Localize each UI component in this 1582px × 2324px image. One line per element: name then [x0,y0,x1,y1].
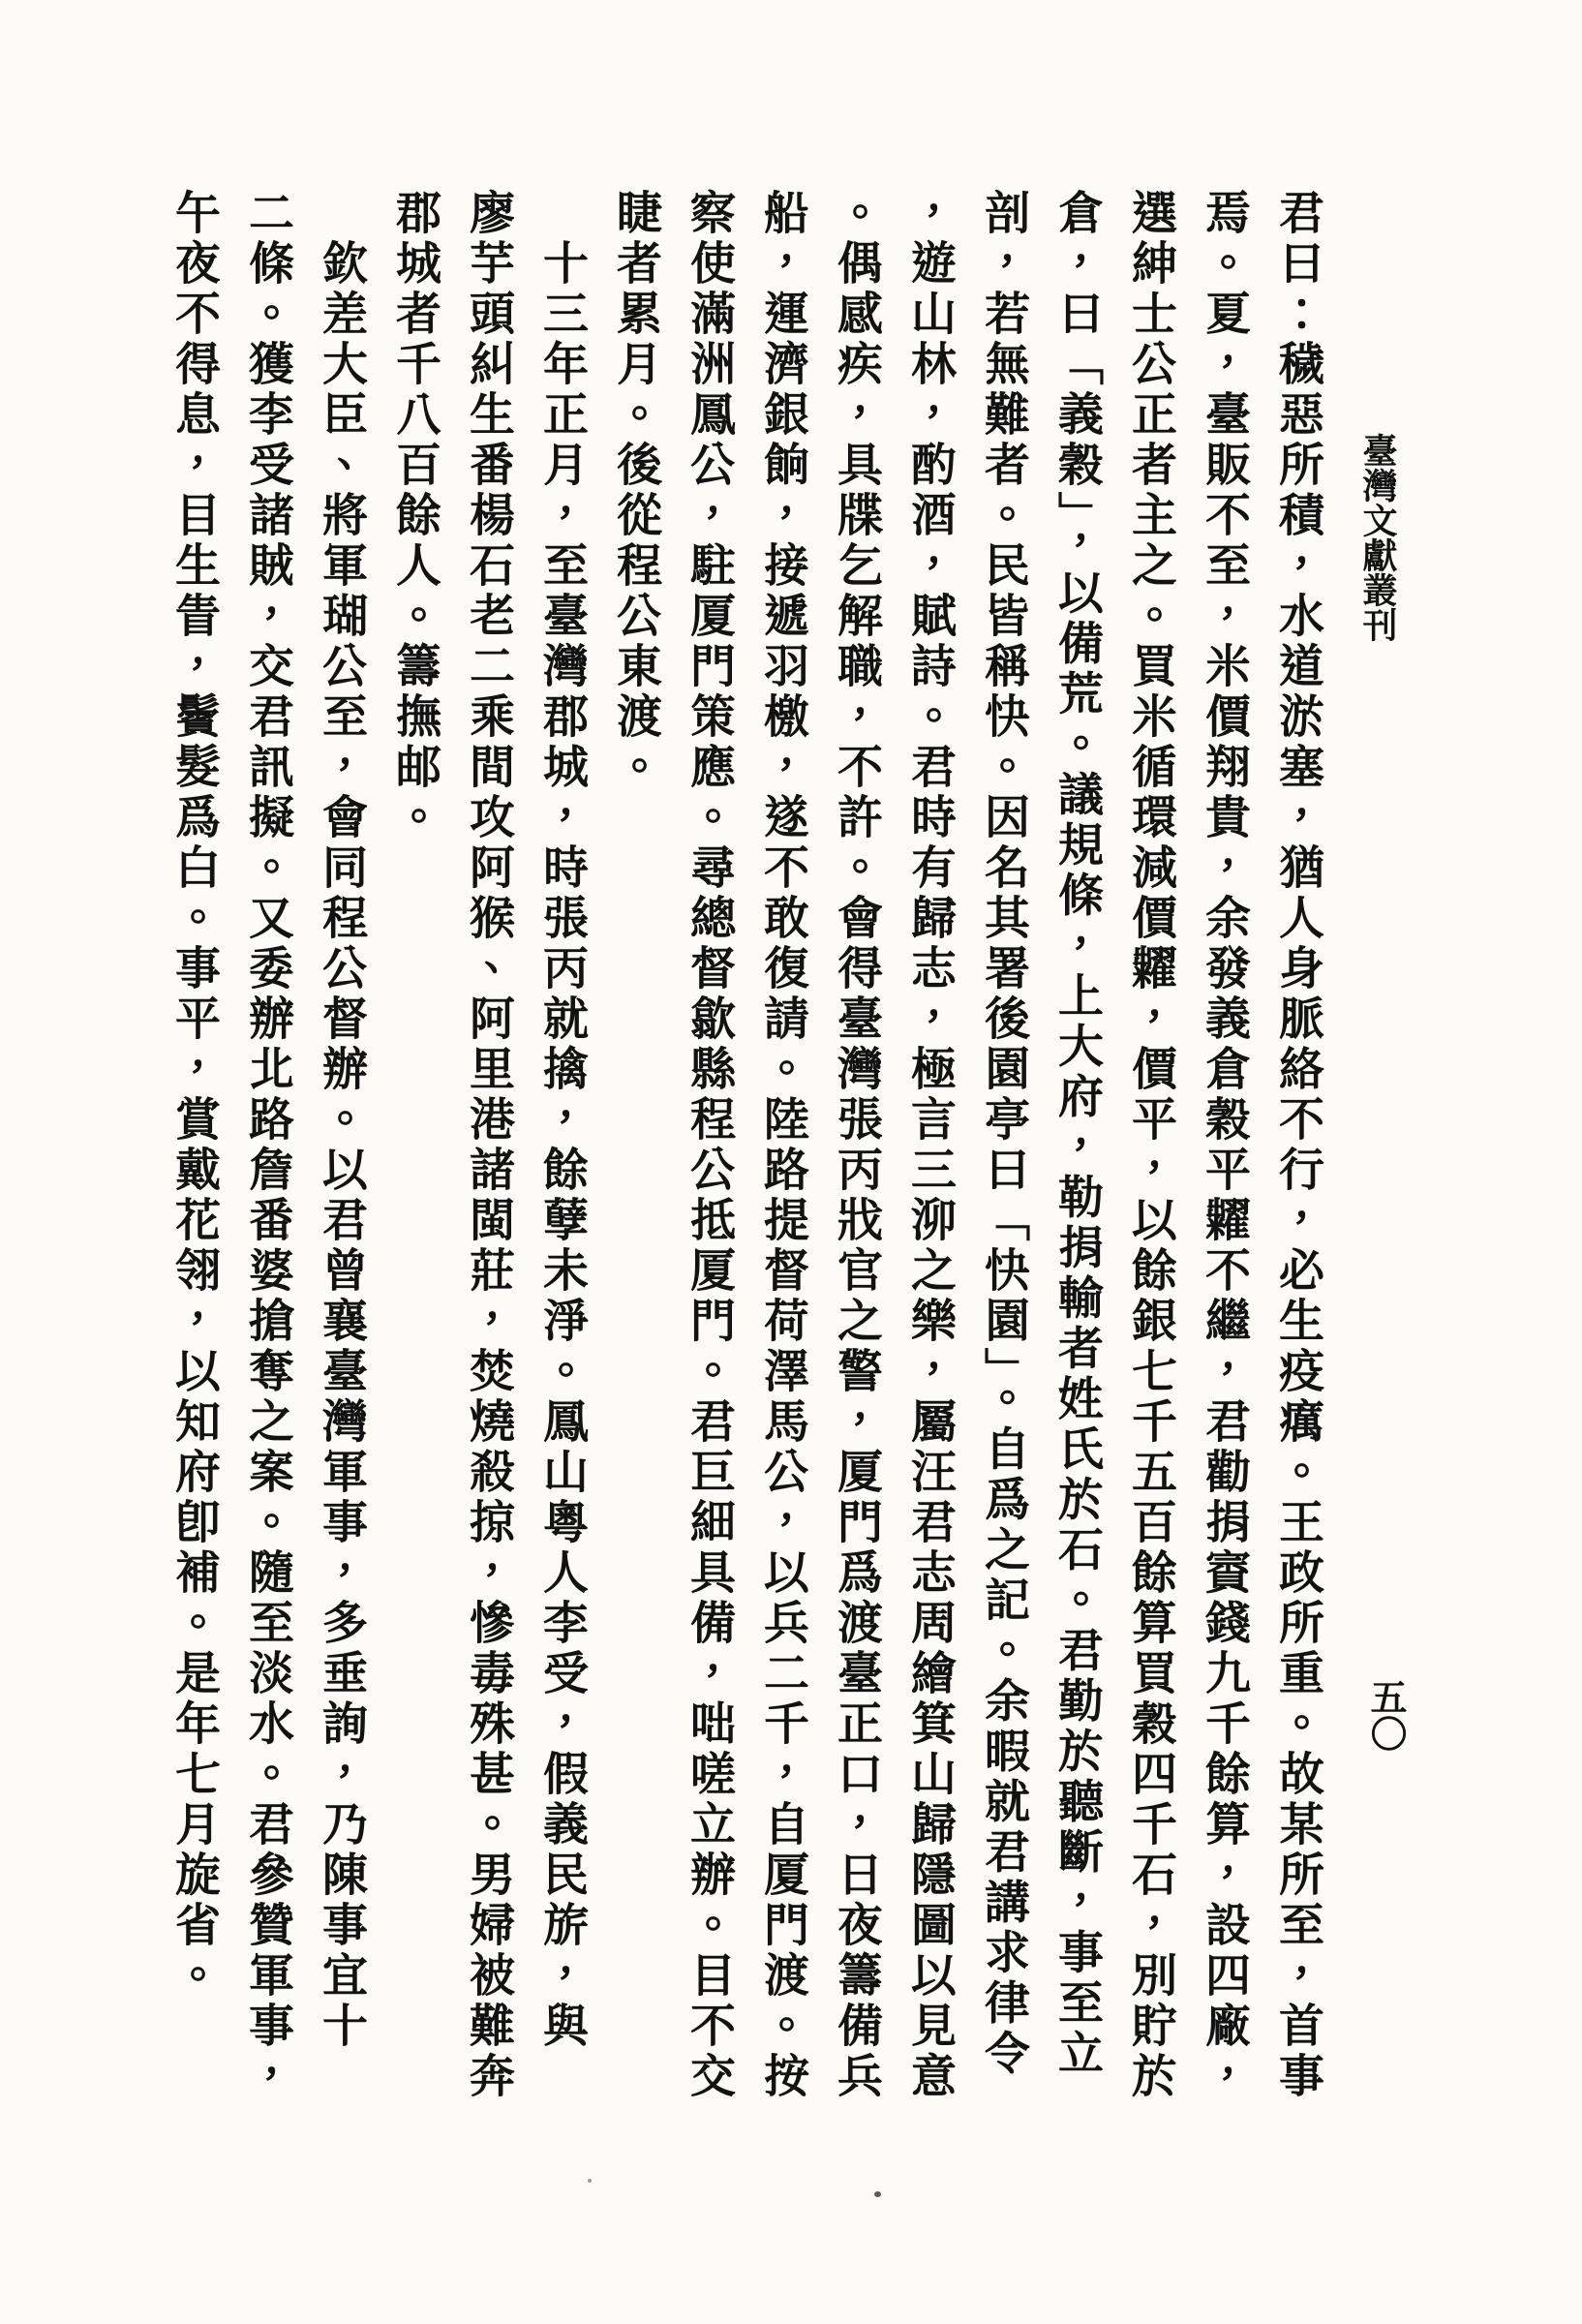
folio-page-number: 五〇 [1362,1678,1407,1752]
text-column: 十三年正月，至臺灣郡城，時張丙就擒，餘孽未淨。鳳山粵人李受，假義民旂，與 [525,189,598,2159]
scanned-page: 臺灣文獻叢刊 五〇 君曰：穢惡所積，水道淤塞，猶人身脈絡不行，必生疫癘。王政所重… [0,0,1582,2324]
text-body: 君曰：穢惡所積，水道淤塞，猶人身脈絡不行，必生疫癘。王政所重。故某所至，首事 焉… [157,189,1334,2159]
text-column: 午夜不得息，目生眚，鬢髮爲白。事平，賞戴花翎，以知府卽補。是年七月旋省。 [157,189,230,2159]
text-column: 剖，若無難者。民皆稱快。因名其署後園亭曰「快園」。自爲之記。余暇就君講求律令 [966,189,1040,2159]
text-column: 君曰：穢惡所積，水道淤塞，猶人身脈絡不行，必生疫癘。王政所重。故某所至，首事 [1261,189,1334,2159]
text-column: ，遊山林，酌酒，賦詩。君時有歸志，極言三泖之樂，屬汪君志周繪箕山歸隱圖以見意 [893,189,966,2159]
text-column: 欽差大臣、將軍瑚公至，會同程公督辦。以君曾襄臺灣軍事，多垂詢，乃陳事宜十 [304,189,378,2159]
text-column: 。偶感疾，具牒乞解職，不許。會得臺灣張丙戕官之警，厦門爲渡臺正口，日夜籌備兵 [819,189,893,2159]
scan-speck [874,2191,881,2197]
text-column: 郡城者千八百餘人。籌撫邮。 [378,189,451,2159]
text-column: 倉，曰「義穀」，以備荒。議規條，上大府，勒捐輸者姓氏於石。君勤於聽斷，事至立 [1040,189,1113,2159]
text-column: 廖芋頭糾生番楊石老二乘間攻阿猴、阿里港諸閩莊，焚燒殺掠，慘毒殊甚。男婦被難奔 [451,189,525,2159]
text-column: 察使滿洲鳳公，駐厦門策應。尋總督歙縣程公抵厦門。君巨細具備，咄嗟立辦。目不交 [672,189,745,2159]
text-column: 二條。獲李受諸賊，交君訊擬。又委辦北路詹番婆搶奪之案。隨至淡水。君參贊軍事， [230,189,304,2159]
text-column: 選紳士公正者主之。買米循環減價糶，價平，以餘銀七千五百餘算買穀四千石，別貯於 [1113,189,1187,2159]
series-title: 臺灣文獻叢刊 [1355,433,1400,642]
text-column: 睫者累月。後從程公東渡。 [598,189,672,2159]
text-column: 焉。夏，臺販不至，米價翔貴，余發義倉穀平糶不繼，君勸捐賨錢九千餘算，設四廠， [1187,189,1261,2159]
text-column: 船，運濟銀餉，接遞羽檄，遂不敢復請。陸路提督荷澤馬公，以兵二千，自厦門渡。按 [745,189,819,2159]
scan-speck [588,2179,592,2183]
scan-speck [284,1234,289,1238]
